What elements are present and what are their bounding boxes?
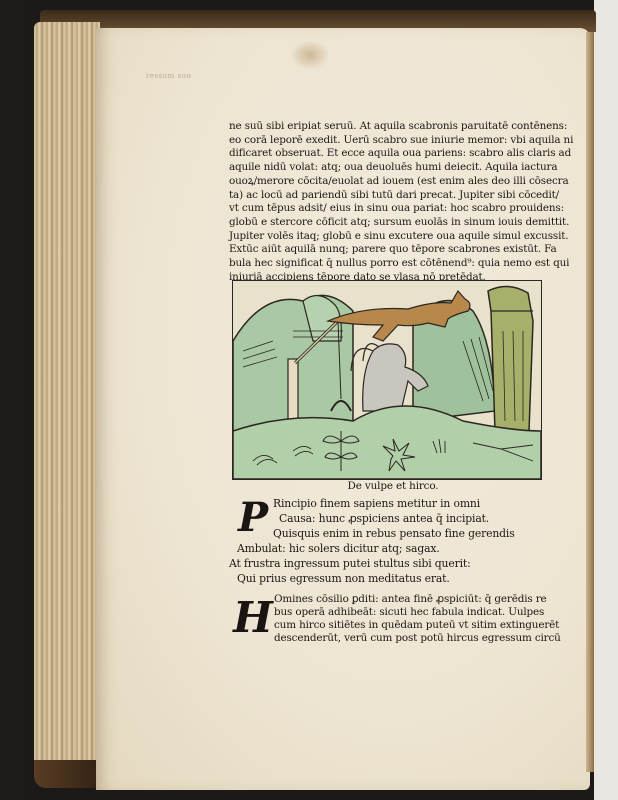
text-line: vt cum tēpus adsit/ eius in sinu oua par… <box>229 202 573 216</box>
prose-block: Omines cōsilio ꝑditi: antea finē ꝓspiciū… <box>274 593 561 645</box>
text-line: eo corā leporē exedit. Uerū scabro sue i… <box>229 134 573 148</box>
foxing-stain <box>290 40 330 70</box>
woodcut-illustration <box>232 280 542 480</box>
verse-line: Ambulat: hic solers dicitur atq; sagax. <box>229 541 515 556</box>
top-text-block: ne suū sibi eripiat seruū. At aquila sca… <box>229 120 573 284</box>
text-line: bula hec significat q̄ nullus porro est … <box>229 257 573 271</box>
fable-title: De vulpe et hirco. <box>0 480 618 494</box>
prose-line: Omines cōsilio ꝑditi: antea finē ꝓspiciū… <box>274 593 561 606</box>
verse-line: Quisquis enim in rebus pensato fine gere… <box>229 526 515 541</box>
verse-line: Qui prius egressum non meditatus erat. <box>229 571 515 586</box>
page-stack-fore-edge <box>34 22 100 784</box>
text-line: Jupiter volēs itaq; globū e sinu excuter… <box>229 230 573 244</box>
text-line: Extūc aiūt aquilā nunq; parere quo tēpor… <box>229 243 573 257</box>
prose-line: cum hirco sitiētes in quēdam puteū vt si… <box>274 619 561 632</box>
dark-backdrop <box>0 0 24 800</box>
prose-line: bus operā adhibeāt: sicuti hec fabula in… <box>274 606 561 619</box>
text-line: ouoꝝ/merore cōcita/euolat ad iouem (est … <box>229 175 573 189</box>
verse-line: Rincipio finem sapiens metitur in omni <box>229 496 515 511</box>
light-backdrop <box>594 0 618 800</box>
decorated-initial-h: H <box>236 593 270 641</box>
fable-title-text: De vulpe et hirco. <box>348 480 439 492</box>
verse-block: Rincipio finem sapiens metitur in omni C… <box>229 496 515 586</box>
prose-line: descenderūt, verū cum post potū hircus e… <box>274 632 561 645</box>
text-line: aquile nidū volat: atq; oua deuoluēs hum… <box>229 161 573 175</box>
book-scan: ressum suo ne suū sibi eripiat seruū. At… <box>0 0 618 800</box>
marginal-note: ressum suo <box>146 72 191 80</box>
gutter-edge <box>586 32 594 772</box>
text-line: dificaret obseruat. Et ecce aquila oua p… <box>229 147 573 161</box>
verse-line: Causa: hunc ꝓspiciens antea q̄ incipiat. <box>229 511 515 526</box>
fox-and-goat-woodcut-icon <box>233 281 541 479</box>
verse-line: At frustra ingressum putei stultus sibi … <box>229 556 515 571</box>
text-line: ne suū sibi eripiat seruū. At aquila sca… <box>229 120 573 134</box>
text-line: ta) ac locū ad pariendū sibi tutū dari p… <box>229 189 573 203</box>
text-line: globū e stercore cōficit atq; sursum euo… <box>229 216 573 230</box>
